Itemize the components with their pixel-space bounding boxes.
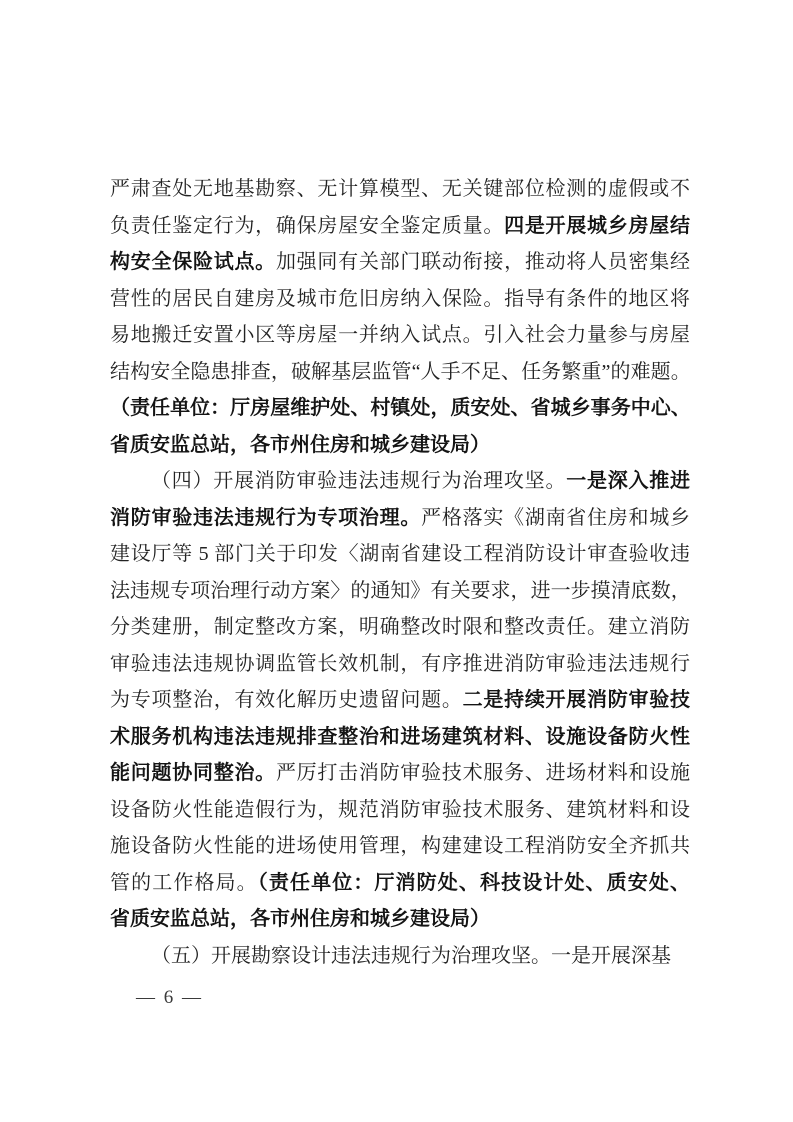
text-line: 负责任鉴定行为，确保房屋安全鉴定质量。四是开展城乡房屋结 bbox=[110, 208, 690, 245]
text-line: 建设厅等 5 部门关于印发〈湖南省建设工程消防设计审查验收违 bbox=[110, 536, 690, 573]
text-run-bold: 二是持续开展消防审验技 bbox=[463, 689, 690, 711]
text-run-bold: （责任单位：厅消防处、科技设计处、质安处、 bbox=[258, 872, 690, 894]
text-run: 加强同有关部门联动衔接，推动将人员密集经 bbox=[276, 251, 690, 273]
text-line: 管的工作格局。（责任单位：厅消防处、科技设计处、质安处、 bbox=[110, 865, 690, 902]
text-run-bold: 术服务机构违法违规排查整治和进场建筑材料、设施设备防火性 bbox=[110, 726, 690, 748]
text-run: 设备防火性能造假行为，规范消防审验技术服务、建筑材料和设 bbox=[110, 799, 690, 821]
text-run: 法违规专项治理行动方案〉的通知》有关要求，进一步摸清底数， bbox=[110, 580, 690, 602]
text-run: 结构安全隐患排查，破解基层监管“人手不足、任务繁重”的难题。 bbox=[110, 361, 690, 383]
text-line: 严肃查处无地基勘察、无计算模型、无关键部位检测的虚假或不 bbox=[110, 171, 690, 208]
text-line: 术服务机构违法违规排查整治和进场建筑材料、设施设备防火性 bbox=[110, 719, 690, 756]
text-run: 施设备防火性能的进场使用管理，构建建设工程消防安全齐抓共 bbox=[110, 835, 690, 857]
text-line: 消防审验违法违规行为专项治理。严格落实《湖南省住房和城乡 bbox=[110, 500, 690, 537]
text-line: 法违规专项治理行动方案〉的通知》有关要求，进一步摸清底数， bbox=[110, 573, 690, 610]
text-line: （责任单位：厅房屋维护处、村镇处，质安处、省城乡事务中心、 bbox=[110, 390, 690, 427]
text-line: 省质安监总站，各市州住房和城乡建设局） bbox=[110, 427, 690, 464]
text-run: 审验违法违规协调监管长效机制，有序推进消防审验违法违规行 bbox=[110, 653, 690, 675]
text-line: （四）开展消防审验违法违规行为治理攻坚。一是深入推进 bbox=[110, 463, 690, 500]
text-run: 分类建册，制定整改方案，明确整改时限和整改责任。建立消防 bbox=[110, 616, 690, 638]
text-line: 能问题协同整治。严厉打击消防审验技术服务、进场材料和设施 bbox=[110, 755, 690, 792]
text-run: （五）开展勘察设计违法违规行为治理攻坚。一是开展深基 bbox=[151, 945, 671, 967]
text-run-bold: 省质安监总站，各市州住房和城乡建设局） bbox=[110, 908, 490, 930]
text-line: （五）开展勘察设计违法违规行为治理攻坚。一是开展深基 bbox=[110, 938, 690, 975]
text-run-bold: 省质安监总站，各市州住房和城乡建设局） bbox=[110, 434, 490, 456]
text-run: 管的工作格局。 bbox=[110, 872, 258, 894]
text-line: 结构安全隐患排查，破解基层监管“人手不足、任务繁重”的难题。 bbox=[110, 354, 690, 391]
text-run: 严格落实《湖南省住房和城乡 bbox=[421, 507, 690, 529]
text-run: 为专项整治，有效化解历史遗留问题。 bbox=[110, 689, 463, 711]
text-line: 营性的居民自建房及城市危旧房纳入保险。指导有条件的地区将 bbox=[110, 281, 690, 318]
text-line: 易地搬迁安置小区等房屋一并纳入试点。引入社会力量参与房屋 bbox=[110, 317, 690, 354]
text-run: 严肃查处无地基勘察、无计算模型、无关键部位检测的虚假或不 bbox=[110, 178, 690, 200]
page-number: — 6 — bbox=[136, 986, 203, 1010]
text-run-bold: 四是开展城乡房屋结 bbox=[504, 215, 690, 237]
text-run-bold: 能问题协同整治。 bbox=[110, 762, 276, 784]
text-line: 为专项整治，有效化解历史遗留问题。二是持续开展消防审验技 bbox=[110, 682, 690, 719]
text-line: 设备防火性能造假行为，规范消防审验技术服务、建筑材料和设 bbox=[110, 792, 690, 829]
text-line: 构安全保险试点。加强同有关部门联动衔接，推动将人员密集经 bbox=[110, 244, 690, 281]
text-run: 易地搬迁安置小区等房屋一并纳入试点。引入社会力量参与房屋 bbox=[110, 324, 690, 346]
text-run: 负责任鉴定行为，确保房屋安全鉴定质量。 bbox=[110, 215, 504, 237]
text-line: 省质安监总站，各市州住房和城乡建设局） bbox=[110, 901, 690, 938]
document-page: 严肃查处无地基勘察、无计算模型、无关键部位检测的虚假或不 负责任鉴定行为，确保房… bbox=[0, 0, 793, 1122]
text-run: 建设厅等 5 部门关于印发〈湖南省建设工程消防设计审查验收违 bbox=[110, 543, 690, 565]
text-run-bold: 一是深入推进 bbox=[566, 470, 690, 492]
text-line: 分类建册，制定整改方案，明确整改时限和整改责任。建立消防 bbox=[110, 609, 690, 646]
text-run-bold: （责任单位：厅房屋维护处、村镇处，质安处、省城乡事务中心、 bbox=[110, 397, 690, 419]
text-run: （四）开展消防审验违法违规行为治理攻坚。 bbox=[151, 470, 566, 492]
text-line: 施设备防火性能的进场使用管理，构建建设工程消防安全齐抓共 bbox=[110, 828, 690, 865]
text-run-bold: 消防审验违法违规行为专项治理。 bbox=[110, 507, 421, 529]
text-run: 严厉打击消防审验技术服务、进场材料和设施 bbox=[276, 762, 690, 784]
text-run: 营性的居民自建房及城市危旧房纳入保险。指导有条件的地区将 bbox=[110, 288, 690, 310]
text-block: 严肃查处无地基勘察、无计算模型、无关键部位检测的虚假或不 负责任鉴定行为，确保房… bbox=[110, 171, 690, 974]
text-line: 审验违法违规协调监管长效机制，有序推进消防审验违法违规行 bbox=[110, 646, 690, 683]
text-run-bold: 构安全保险试点。 bbox=[110, 251, 276, 273]
